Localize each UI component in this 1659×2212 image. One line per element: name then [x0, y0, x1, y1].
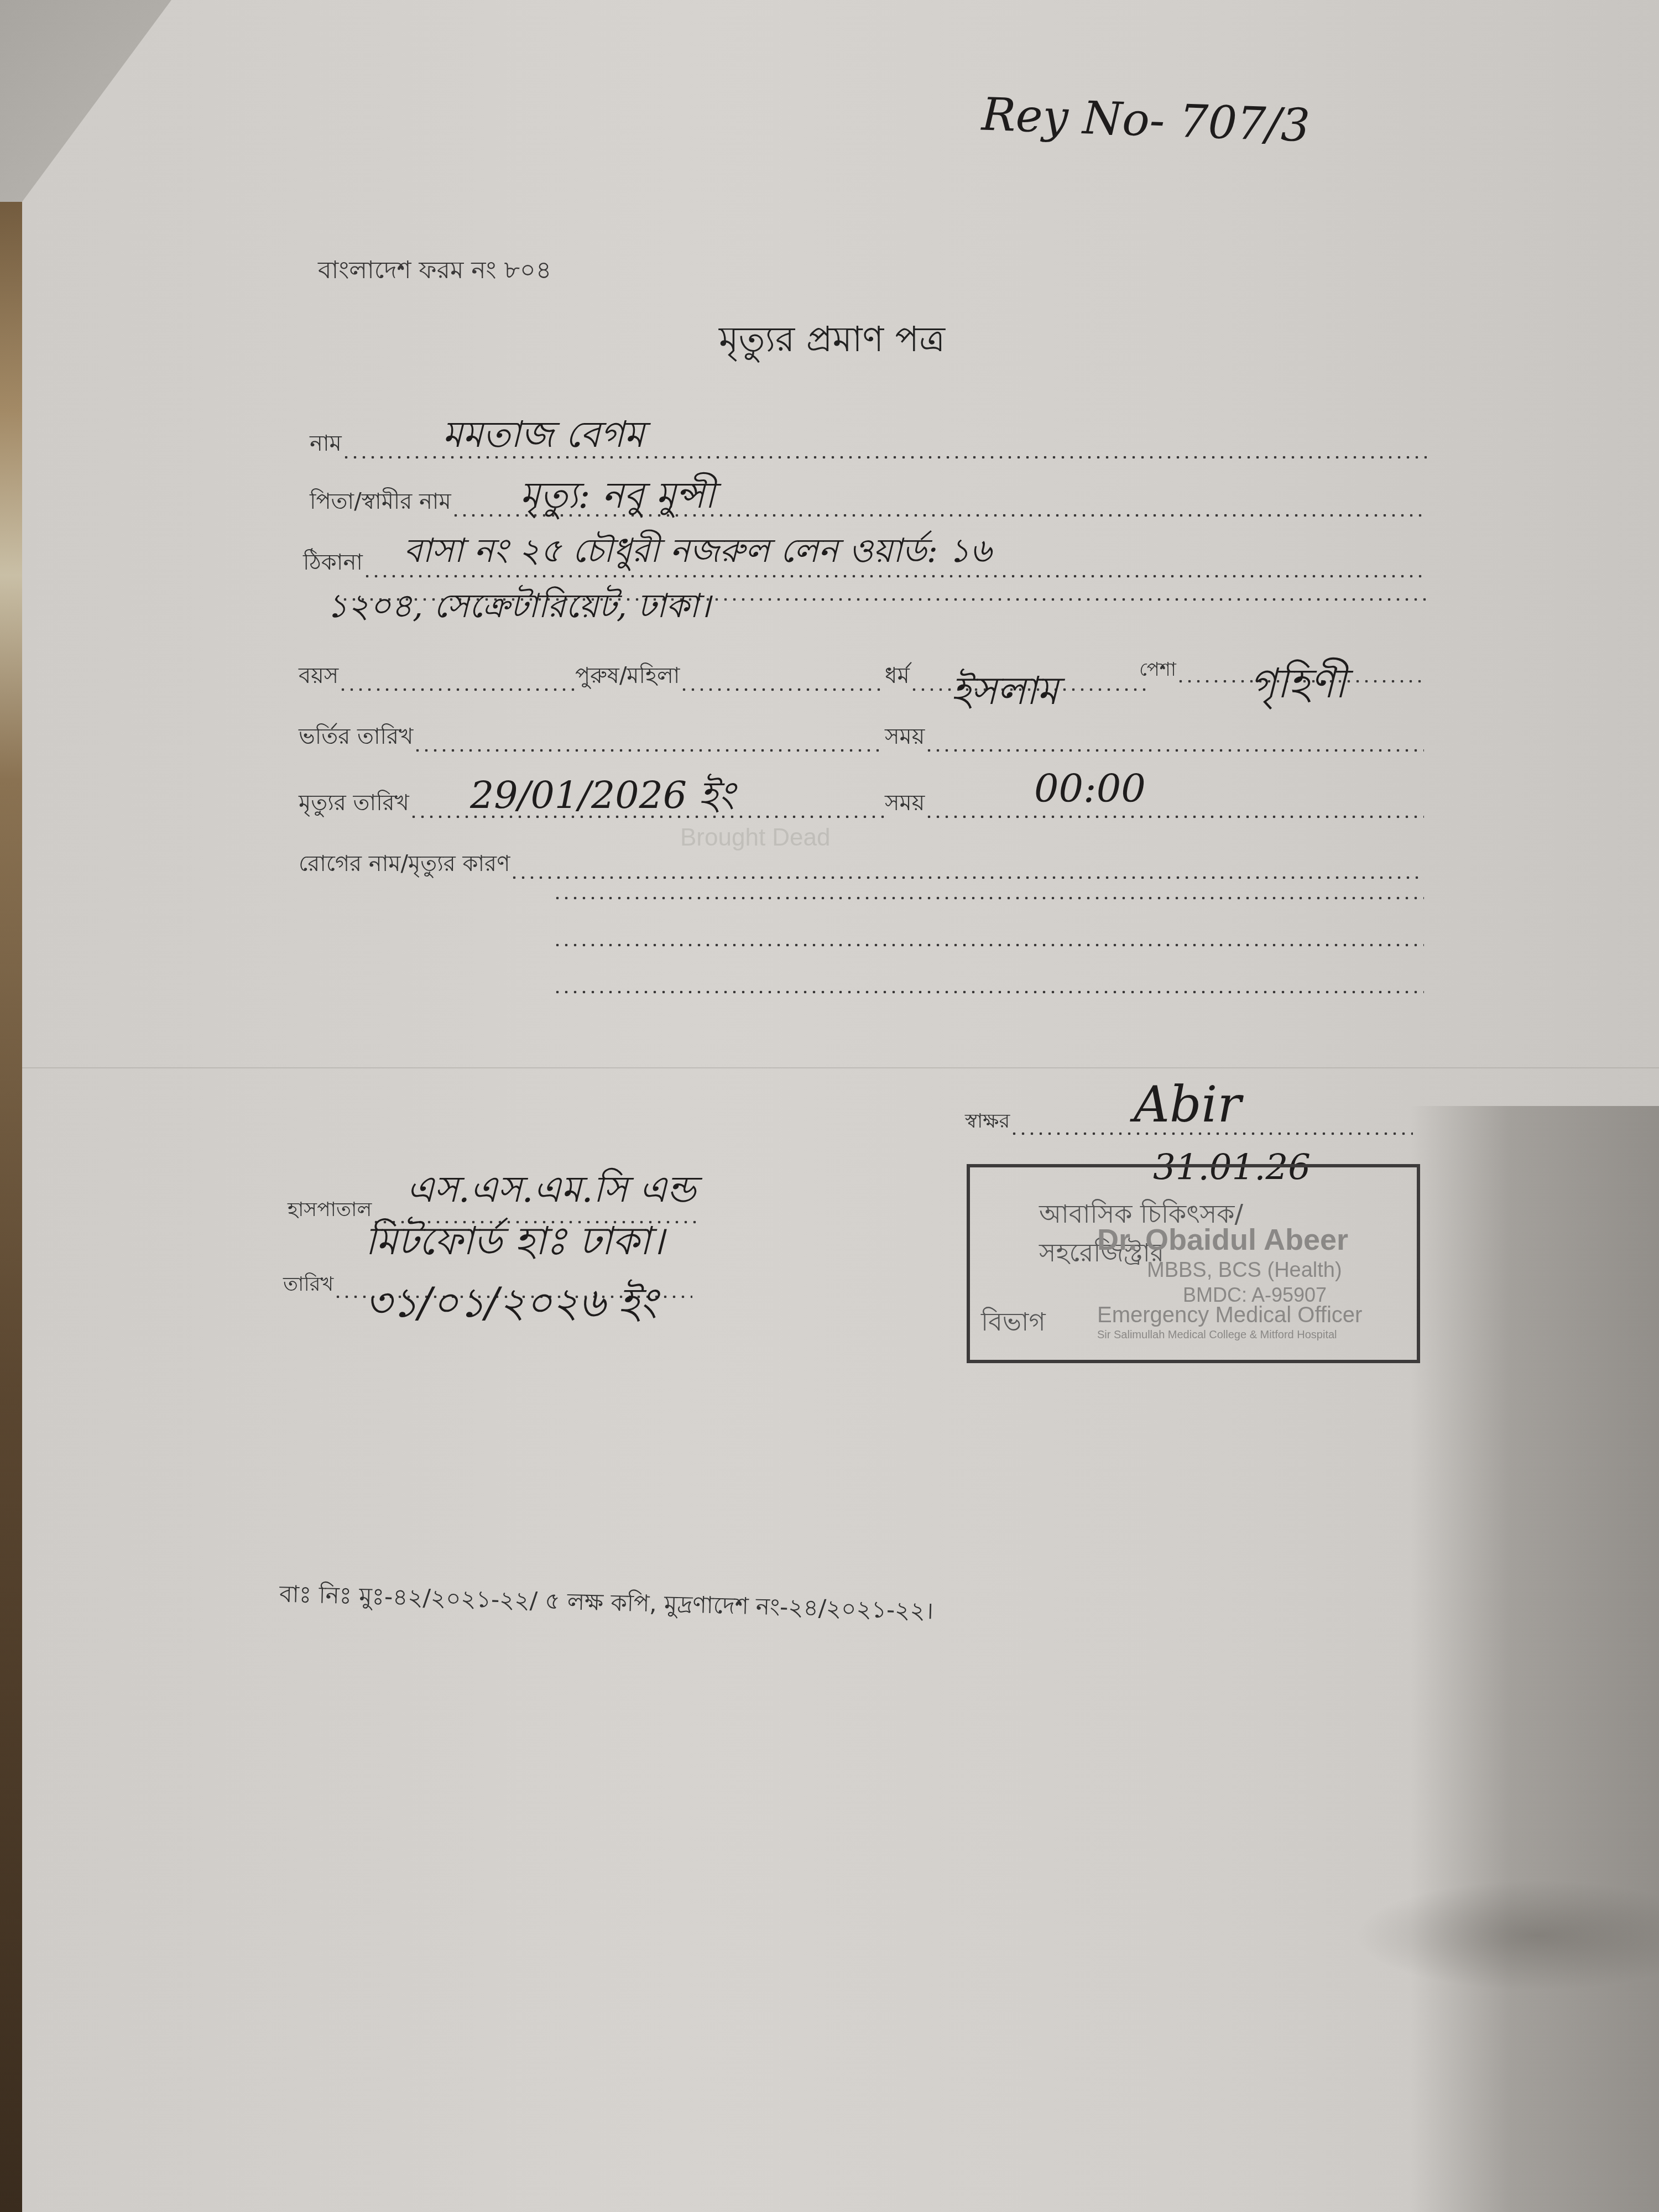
admission-date-field: ভর্তির তারিখ	[299, 719, 885, 756]
occupation-label: পেশা	[1139, 655, 1176, 687]
hospital-value-line2: মিটফোর্ড হাঃ ঢাকা।	[365, 1211, 664, 1276]
paper-fold-crease	[22, 1067, 1659, 1068]
department-label: বিভাগ	[981, 1303, 1046, 1345]
occupation-value: গৃহিণী	[1250, 653, 1346, 721]
hospital-label: হাসপাতাল	[288, 1194, 372, 1228]
cause-line-3	[553, 943, 1424, 951]
doctor-name: Dr. Obaidul Abeer	[1097, 1223, 1348, 1257]
doctor-designation: Emergency Medical Officer	[1097, 1303, 1362, 1328]
dotted-line	[338, 687, 575, 692]
religion-value: ইসলাম	[951, 661, 1058, 726]
table-background	[0, 166, 22, 2212]
dotted-line	[925, 815, 1424, 819]
issue-date-value: ৩১/০১/২০২৬ ইং	[365, 1272, 657, 1340]
age-field: বয়স	[299, 658, 575, 695]
address-label: ঠিকানা	[303, 545, 363, 582]
admission-date-label: ভর্তির তারিখ	[299, 719, 413, 756]
sex-field: পুরুষ/মহিলা	[575, 658, 885, 695]
father-husband-label: পিতা/স্বামীর নাম	[310, 484, 451, 521]
admission-time-field: সময়	[885, 719, 1424, 756]
death-time-value: 00:00	[1034, 766, 1146, 811]
dotted-line	[925, 748, 1424, 753]
name-value: মমতাজ বেগম	[442, 406, 644, 467]
admission-time-label: সময়	[885, 719, 925, 756]
sex-label: পুরুষ/মহিলা	[575, 658, 680, 695]
issue-date-label: তারিখ	[283, 1269, 333, 1302]
father-husband-field: পিতা/স্বামীর নাম	[310, 484, 1427, 521]
address-value-line1: বাসা নং ২৫ চৌধুরী নজরুল লেন ওয়ার্ড: ১৬	[404, 525, 992, 581]
doctor-institution: Sir Salimullah Medical College & Mitford…	[1097, 1329, 1337, 1342]
death-date-value: 29/01/2026 ইং	[470, 766, 734, 829]
religion-label: ধর্ম	[885, 658, 910, 695]
dotted-line	[553, 990, 1424, 994]
dotted-line	[413, 748, 885, 753]
dotted-line	[510, 875, 1424, 880]
cause-of-death-field: রোগের নাম/মৃত্যুর কারণ	[299, 846, 1424, 883]
name-label: নাম	[310, 426, 342, 463]
cause-line-2	[553, 896, 1424, 904]
signature-label: স্বাক্ষর	[965, 1106, 1010, 1139]
dotted-line	[680, 687, 885, 692]
death-date-label: মৃত্যুর তারিখ	[299, 785, 409, 822]
doctor-stamp: আবাসিক চিকিৎসক/ সহরেজিস্ট্রার বিভাগ Dr. …	[967, 1164, 1420, 1363]
signature-initials: Abir	[1134, 1076, 1241, 1134]
death-time-label: সময়	[885, 785, 925, 822]
age-label: বয়স	[299, 658, 338, 695]
cause-of-death-label: রোগের নাম/মৃত্যুর কারণ	[299, 846, 510, 883]
address-value-line2: ১২০৪, সেক্রেটারিয়েট, ঢাকা।	[326, 581, 711, 636]
dotted-line	[553, 943, 1424, 947]
document-title: মৃত্যুর প্রমাণ পত্র	[719, 312, 945, 372]
bleed-through-text: Brought Dead	[680, 824, 831, 852]
doctor-degrees: MBBS, BCS (Health)	[1147, 1259, 1342, 1282]
father-husband-value: মৃত্যু: নবু মুন্সী	[520, 467, 715, 528]
cause-line-4	[553, 990, 1424, 998]
dotted-line	[553, 896, 1424, 900]
death-time-field: সময়	[885, 785, 1424, 822]
form-number: বাংলাদেশ ফরম নং ৮০৪	[318, 252, 551, 292]
